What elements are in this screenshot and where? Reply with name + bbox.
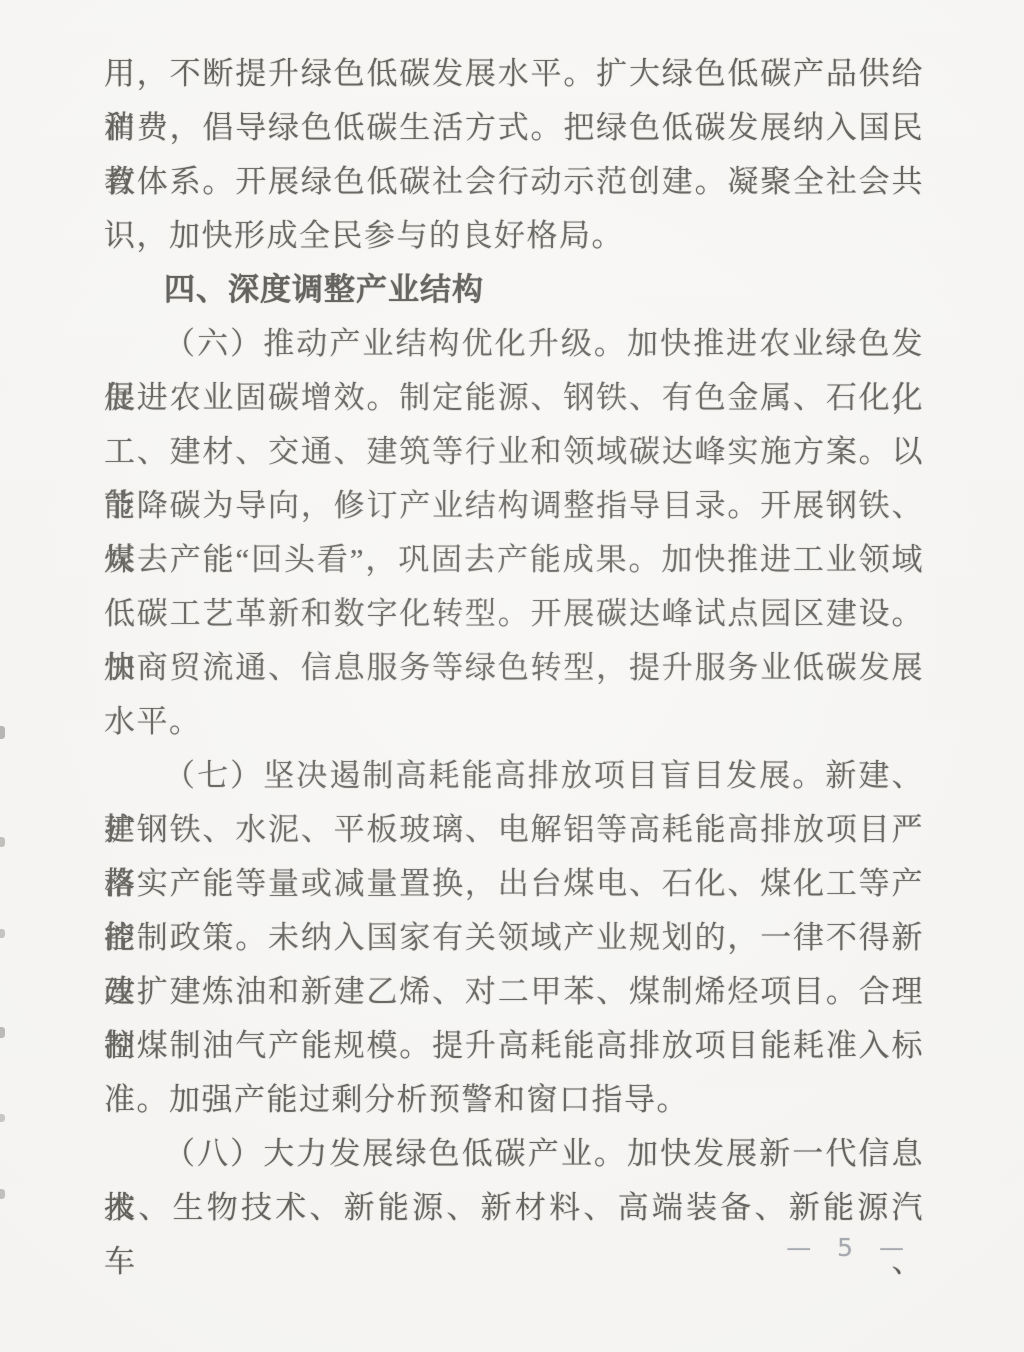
text-line: 育体系。开展绿色低碳社会行动示范创建。凝聚全社会共 [104, 155, 924, 209]
paragraph: （七）坚决遏制高耗能高排放项目盲目发展。新建、扩建钢铁、水泥、平板玻璃、电解铝等… [104, 749, 924, 1127]
text-line: 能降碳为导向，修订产业结构调整指导目录。开展钢铁、煤 [104, 479, 924, 533]
text-line: 工、建材、交通、建筑等行业和领域碳达峰实施方案。以节 [104, 425, 924, 479]
text-line: 快商贸流通、信息服务等绿色转型，提升服务业低碳发展 [104, 641, 924, 695]
text-line: 准。加强产能过剩分析预警和窗口指导。 [104, 1073, 924, 1127]
scan-artifact-mark [0, 1027, 5, 1038]
text-line: 炭去产能“回头看”，巩固去产能成果。加快推进工业领域 [104, 533, 924, 587]
paragraph: （六）推动产业结构优化升级。加快推进农业绿色发展，促进农业固碳增效。制定能源、钢… [104, 317, 924, 749]
scan-artifact-mark [0, 929, 5, 938]
text-line: 制煤制油气产能规模。提升高耗能高排放项目能耗准入标 [104, 1019, 924, 1073]
text-line: 改扩建炼油和新建乙烯、对二甲苯、煤制烯烃项目。合理控 [104, 965, 924, 1019]
text-line: 落实产能等量或减量置换，出台煤电、石化、煤化工等产能 [104, 857, 924, 911]
scan-artifact-mark [0, 726, 5, 739]
text-line: 低碳工艺革新和数字化转型。开展碳达峰试点园区建设。加 [104, 587, 924, 641]
page-number: — 5 — [786, 1232, 908, 1264]
section-heading-block: 四、深度调整产业结构 [104, 263, 924, 317]
document-body: 用，不断提升绿色低碳发展水平。扩大绿色低碳产品供给和消费，倡导绿色低碳生活方式。… [104, 47, 924, 1235]
text-line: （六）推动产业结构优化升级。加快推进农业绿色发展， [104, 317, 924, 371]
text-line: （七）坚决遏制高耗能高排放项目盲目发展。新建、扩 [104, 749, 924, 803]
text-line: 建钢铁、水泥、平板玻璃、电解铝等高耗能高排放项目严格 [104, 803, 924, 857]
scanned-document-page: 用，不断提升绿色低碳发展水平。扩大绿色低碳产品供给和消费，倡导绿色低碳生活方式。… [0, 0, 1024, 1352]
text-line: 控制政策。未纳入国家有关领域产业规划的，一律不得新建 [104, 911, 924, 965]
text-line: 术、生物技术、新能源、新材料、高端装备、新能源汽车、 [104, 1181, 924, 1235]
scan-artifact-mark [0, 1189, 5, 1199]
paragraph: 用，不断提升绿色低碳发展水平。扩大绿色低碳产品供给和消费，倡导绿色低碳生活方式。… [104, 47, 924, 263]
text-line: 消费，倡导绿色低碳生活方式。把绿色低碳发展纳入国民教 [104, 101, 924, 155]
text-line: （八）大力发展绿色低碳产业。加快发展新一代信息技 [104, 1127, 924, 1181]
scan-artifact-mark [0, 1114, 5, 1122]
scan-artifact-mark [0, 837, 5, 847]
text-line: 促进农业固碳增效。制定能源、钢铁、有色金属、石化化 [104, 371, 924, 425]
paragraph: （八）大力发展绿色低碳产业。加快发展新一代信息技术、生物技术、新能源、新材料、高… [104, 1127, 924, 1235]
text-line: 用，不断提升绿色低碳发展水平。扩大绿色低碳产品供给和 [104, 47, 924, 101]
section-heading: 四、深度调整产业结构 [104, 263, 924, 317]
text-line: 水平。 [104, 695, 924, 749]
text-line: 识，加快形成全民参与的良好格局。 [104, 209, 924, 263]
